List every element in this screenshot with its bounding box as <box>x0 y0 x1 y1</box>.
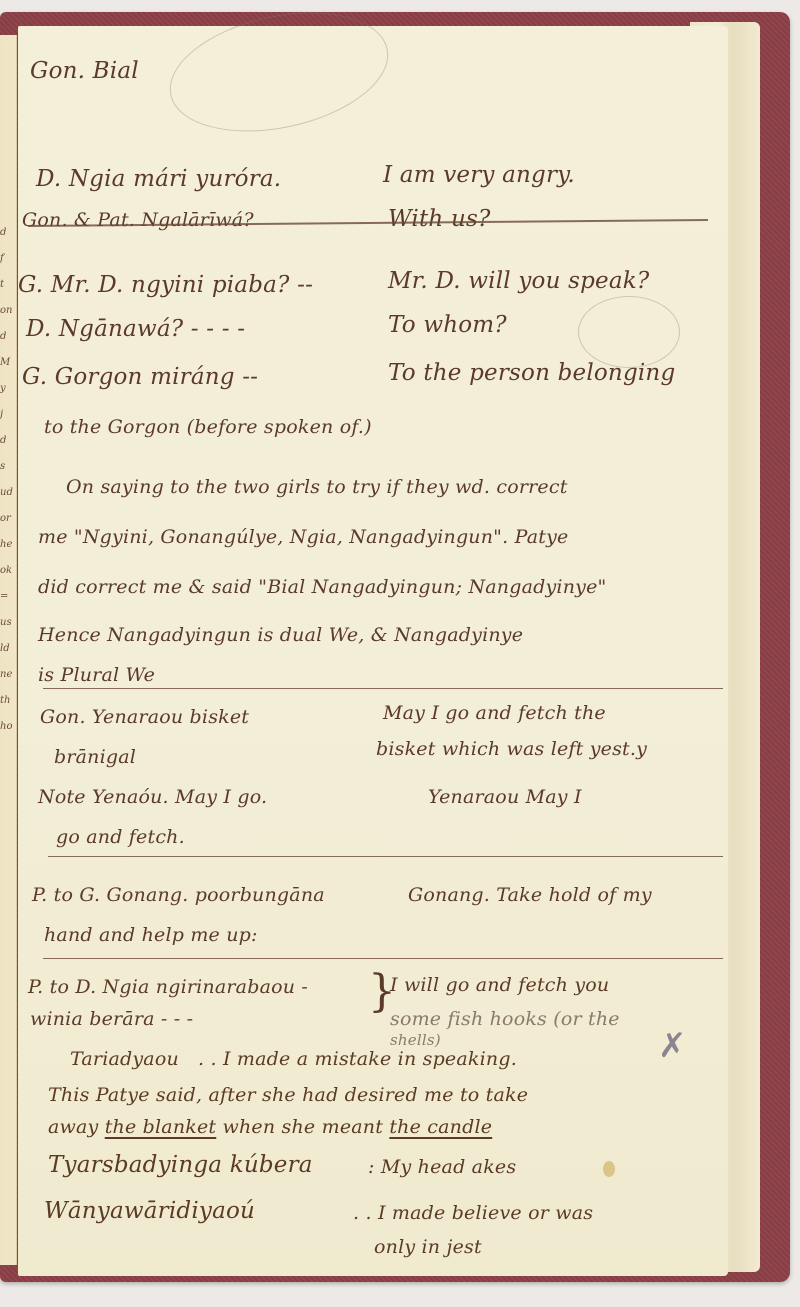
paragraph-line: did correct me & said "Bial Nangadyingun… <box>38 576 606 598</box>
entry-translation: To the person belonging <box>388 360 675 386</box>
note-word: away <box>48 1116 98 1138</box>
note-line-2: away the blanket when she meant the cand… <box>48 1116 492 1138</box>
block2-right: bisket which was left yest.y <box>376 738 647 760</box>
underlined-candle: the candle <box>389 1116 492 1138</box>
manuscript-page: Gon. Bial D. Ngia mári yuróra. I am very… <box>18 26 728 1276</box>
final-phrase: Wānyawāridiyaoú <box>44 1198 255 1224</box>
entry-phrase: G. Mr. D. ngyini piaba? -- <box>18 272 313 298</box>
pencil-x-mark: ✗ <box>658 1026 687 1066</box>
paragraph-line: is Plural We <box>38 664 155 686</box>
block4-pencil-note: some fish hooks (or the <box>390 1008 620 1030</box>
underlined-blanket: the blanket <box>105 1116 217 1138</box>
divider <box>48 856 723 857</box>
block2-right: Yenaraou May I <box>428 786 582 808</box>
mistake-translation: . . I made a mistake in speaking. <box>198 1048 517 1070</box>
block4-right: I will go and fetch you <box>390 974 609 996</box>
block2-left: Gon. Yenaraou bisket <box>40 706 249 728</box>
facing-page-margin-text: d f t on d M y j d s ud or he ok = us ld… <box>0 220 14 1120</box>
block2-left: Note Yenaóu. May I go. <box>38 786 267 808</box>
block4-left: P. to D. Ngia ngirinarabaou - <box>28 976 308 998</box>
final-translation: : My head akes <box>368 1156 516 1178</box>
block2-right: May I go and fetch the <box>383 702 606 724</box>
entry-translation: I am very angry. <box>383 162 575 188</box>
block2-left: brānigal <box>54 746 136 768</box>
paragraph-line: me "Ngyini, Gonangúlye, Ngia, Nangadying… <box>38 526 568 548</box>
note-word: when she meant <box>223 1116 384 1138</box>
block3-right: Gonang. Take hold of my <box>408 884 652 906</box>
divider <box>43 958 723 959</box>
entry-phrase: D. Ngia mári yuróra. <box>36 166 281 192</box>
entry-translation: Mr. D. will you speak? <box>388 268 649 294</box>
entry-phrase: Gon. & Pat. Ngalārīwá? <box>22 209 254 231</box>
block2-left: go and fetch. <box>56 826 185 848</box>
entry-translation: To whom? <box>388 312 507 338</box>
ink-stain <box>603 1161 615 1177</box>
note-line: This Patye said, after she had desired m… <box>48 1084 528 1106</box>
block3-line: hand and help me up: <box>44 924 258 946</box>
entry-translation: With us? <box>388 206 491 232</box>
paragraph-line: Hence Nangadyingun is dual We, & Nangady… <box>38 624 523 646</box>
block3-left: P. to G. Gonang. poorbungāna <box>32 884 325 906</box>
paragraph-line: On saying to the two girls to try if the… <box>66 476 568 498</box>
pencil-sketch <box>578 296 680 368</box>
mistake-word: Tariadyaou <box>70 1048 179 1070</box>
divider <box>43 688 723 689</box>
entry-phrase: D. Ngānawá? - - - - <box>26 316 245 342</box>
block4-left: winia berāra - - - <box>30 1008 193 1030</box>
entry-phrase: to the Gorgon (before spoken of.) <box>44 416 372 438</box>
block4-pencil-note: shells) <box>390 1031 441 1049</box>
final-translation: only in jest <box>374 1236 482 1258</box>
entry-phrase: G. Gorgon miráng -- <box>22 364 258 390</box>
final-phrase: Tyarsbadyinga kúbera <box>48 1152 313 1178</box>
heading: Gon. Bial <box>30 58 139 84</box>
final-translation: . . I made believe or was <box>353 1202 593 1224</box>
